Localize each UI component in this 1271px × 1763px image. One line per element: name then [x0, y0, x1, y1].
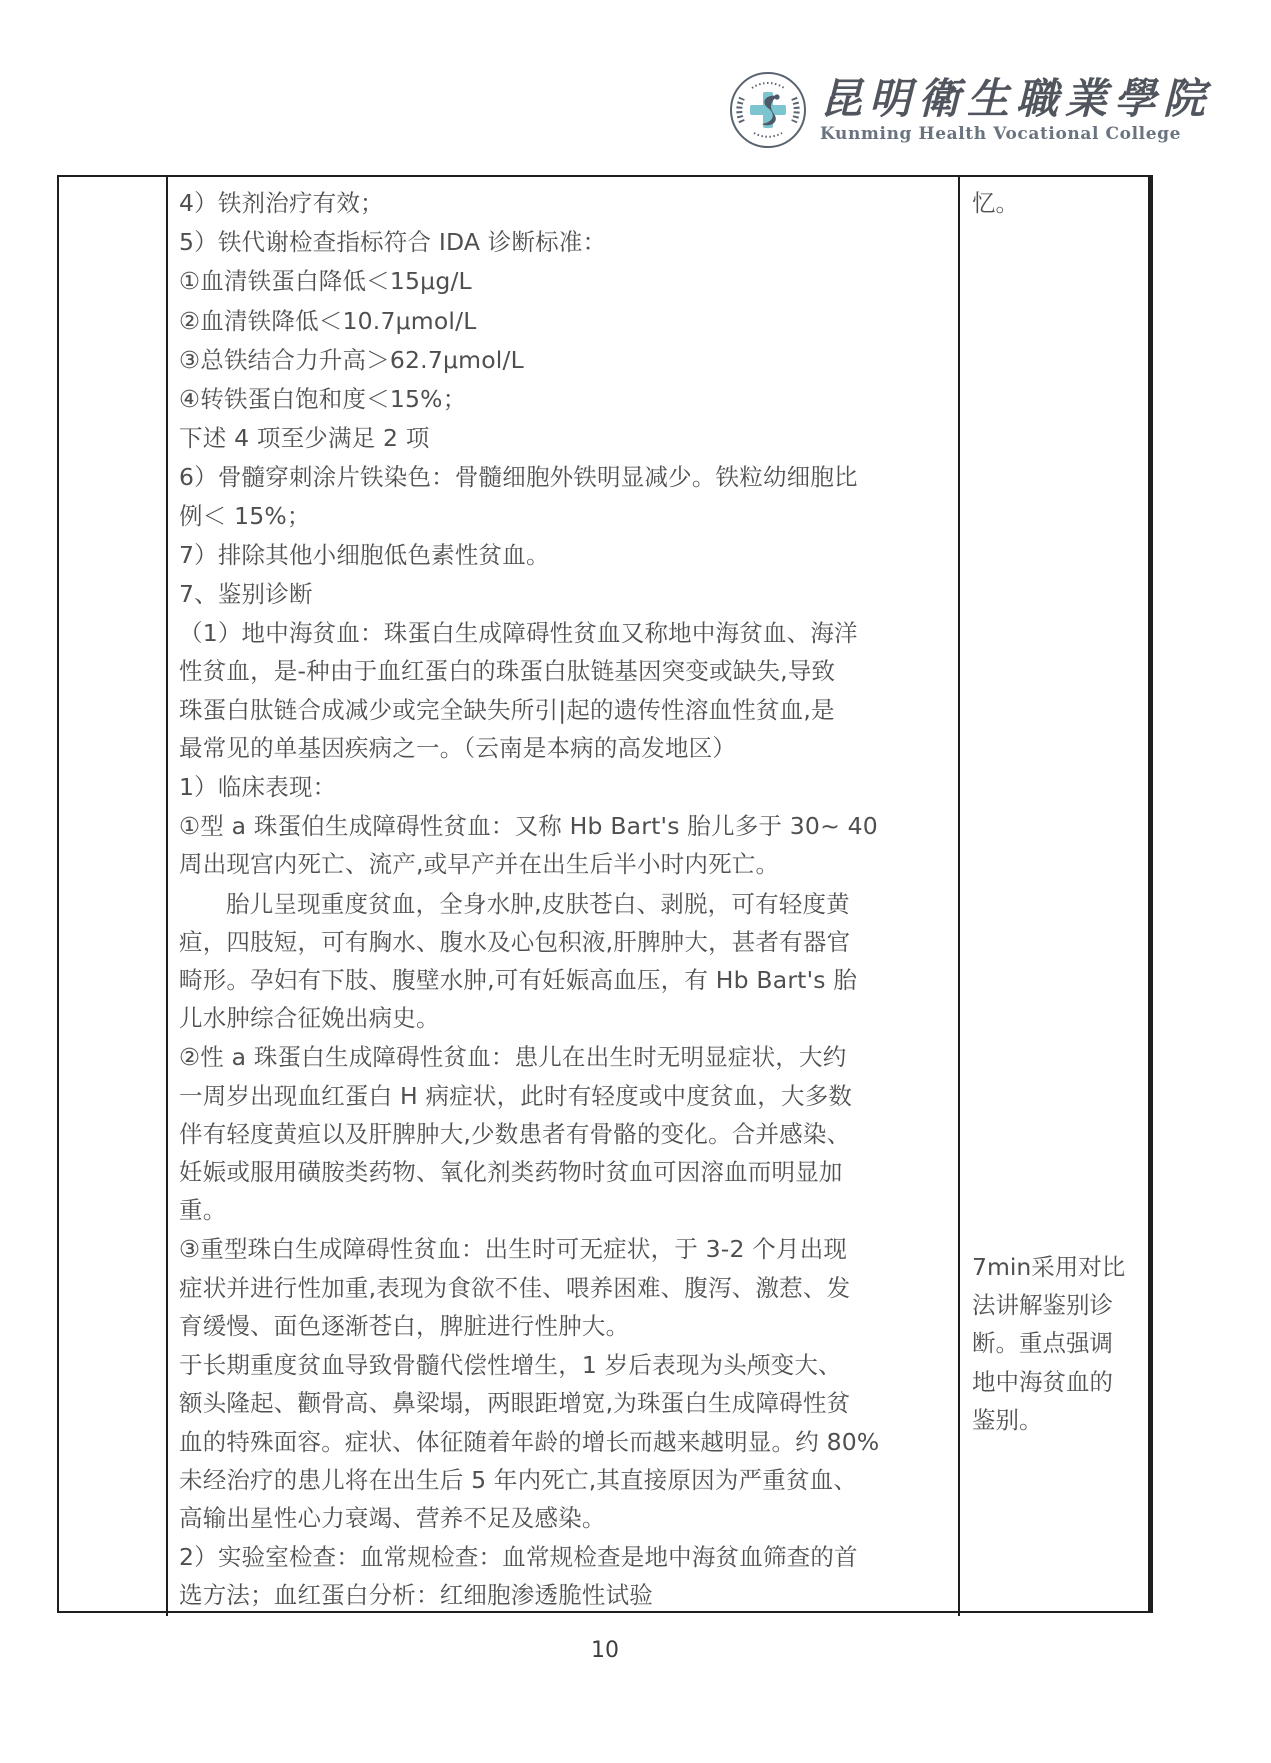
content-paragraph: 于长期重度贫血导致骨髓代偿性增生，1 岁后表现为头颅变大、 额头隆起、颧骨高、鼻…	[179, 1346, 944, 1537]
content-paragraph: 2）实验室检查：血常规检查：血常规检查是地中海贫血筛查的首 选方法；血红蛋白分析…	[179, 1538, 944, 1614]
content-paragraph: （1）地中海贫血：珠蛋白生成障碍性贫血又称地中海贫血、海洋 性贫血，是-种由于血…	[179, 614, 944, 767]
college-name-zh: 昆明衛生職業學院	[820, 75, 1212, 123]
note-7min-comparison: 7min采用对比 法讲解鉴别诊 断。重点强调 地中海贫血的 鉴别。	[972, 1248, 1144, 1439]
content-paragraph: 胎儿呈现重度贫血，全身水肿,皮肤苍白、剥脱，可有轻度黄 疸，四肢短，可有胸水、腹…	[179, 885, 944, 1038]
content-paragraph: 7）排除其他小细胞低色素性贫血。	[179, 536, 944, 574]
content-paragraph: 4）铁剂治疗有效；	[179, 184, 944, 222]
content-paragraph: ③重型珠白生成障碍性贫血：出生时可无症状，于 3-2 个月出现 症状并进行性加重…	[179, 1230, 944, 1345]
content-paragraph: ②血清铁降低＜10.7μmol/L	[179, 302, 944, 340]
content-paragraph: 6）骨髓穿刺涂片铁染色：骨髓细胞外铁明显减少。铁粒幼细胞比 例＜ 15%；	[179, 458, 944, 534]
college-logo: 昆明衛生職業學院 Kunming Health Vocational Colle…	[728, 70, 1212, 150]
note-memory: 忆。	[972, 184, 1142, 222]
table-left-column	[59, 177, 168, 1616]
content-paragraph: ①血清铁蛋白降低＜15μg/L	[179, 262, 944, 300]
content-paragraph: 7、鉴别诊断	[179, 575, 944, 613]
page-number: 10	[57, 1638, 1153, 1663]
content-paragraph: ③总铁结合力升高＞62.7μmol/L	[179, 341, 944, 379]
content-paragraph: ④转铁蛋白饱和度＜15%；	[179, 380, 944, 418]
content-paragraph: 下述 4 项至少满足 2 项	[179, 419, 944, 457]
content-paragraph: ①型 a 珠蛋伯生成障碍性贫血：又称 Hb Bart's 胎儿多于 30~ 40…	[179, 807, 944, 883]
college-name-en: Kunming Health Vocational College	[820, 123, 1212, 145]
content-paragraph: 1）临床表现：	[179, 768, 944, 806]
content-paragraph: ②性 a 珠蛋白生成障碍性贫血：患儿在出生时无明显症状，大约 一周岁出现血红蛋白…	[179, 1038, 944, 1229]
college-seal-icon	[728, 70, 808, 150]
lesson-plan-table: 4）铁剂治疗有效；5）铁代谢检查指标符合 IDA 诊断标准：①血清铁蛋白降低＜1…	[57, 175, 1153, 1613]
notes-column: 忆。 7min采用对比 法讲解鉴别诊 断。重点强调 地中海贫血的 鉴别。	[960, 177, 1148, 1616]
content-paragraph: 5）铁代谢检查指标符合 IDA 诊断标准：	[179, 223, 944, 261]
main-column: 4）铁剂治疗有效；5）铁代谢检查指标符合 IDA 诊断标准：①血清铁蛋白降低＜1…	[168, 177, 960, 1616]
